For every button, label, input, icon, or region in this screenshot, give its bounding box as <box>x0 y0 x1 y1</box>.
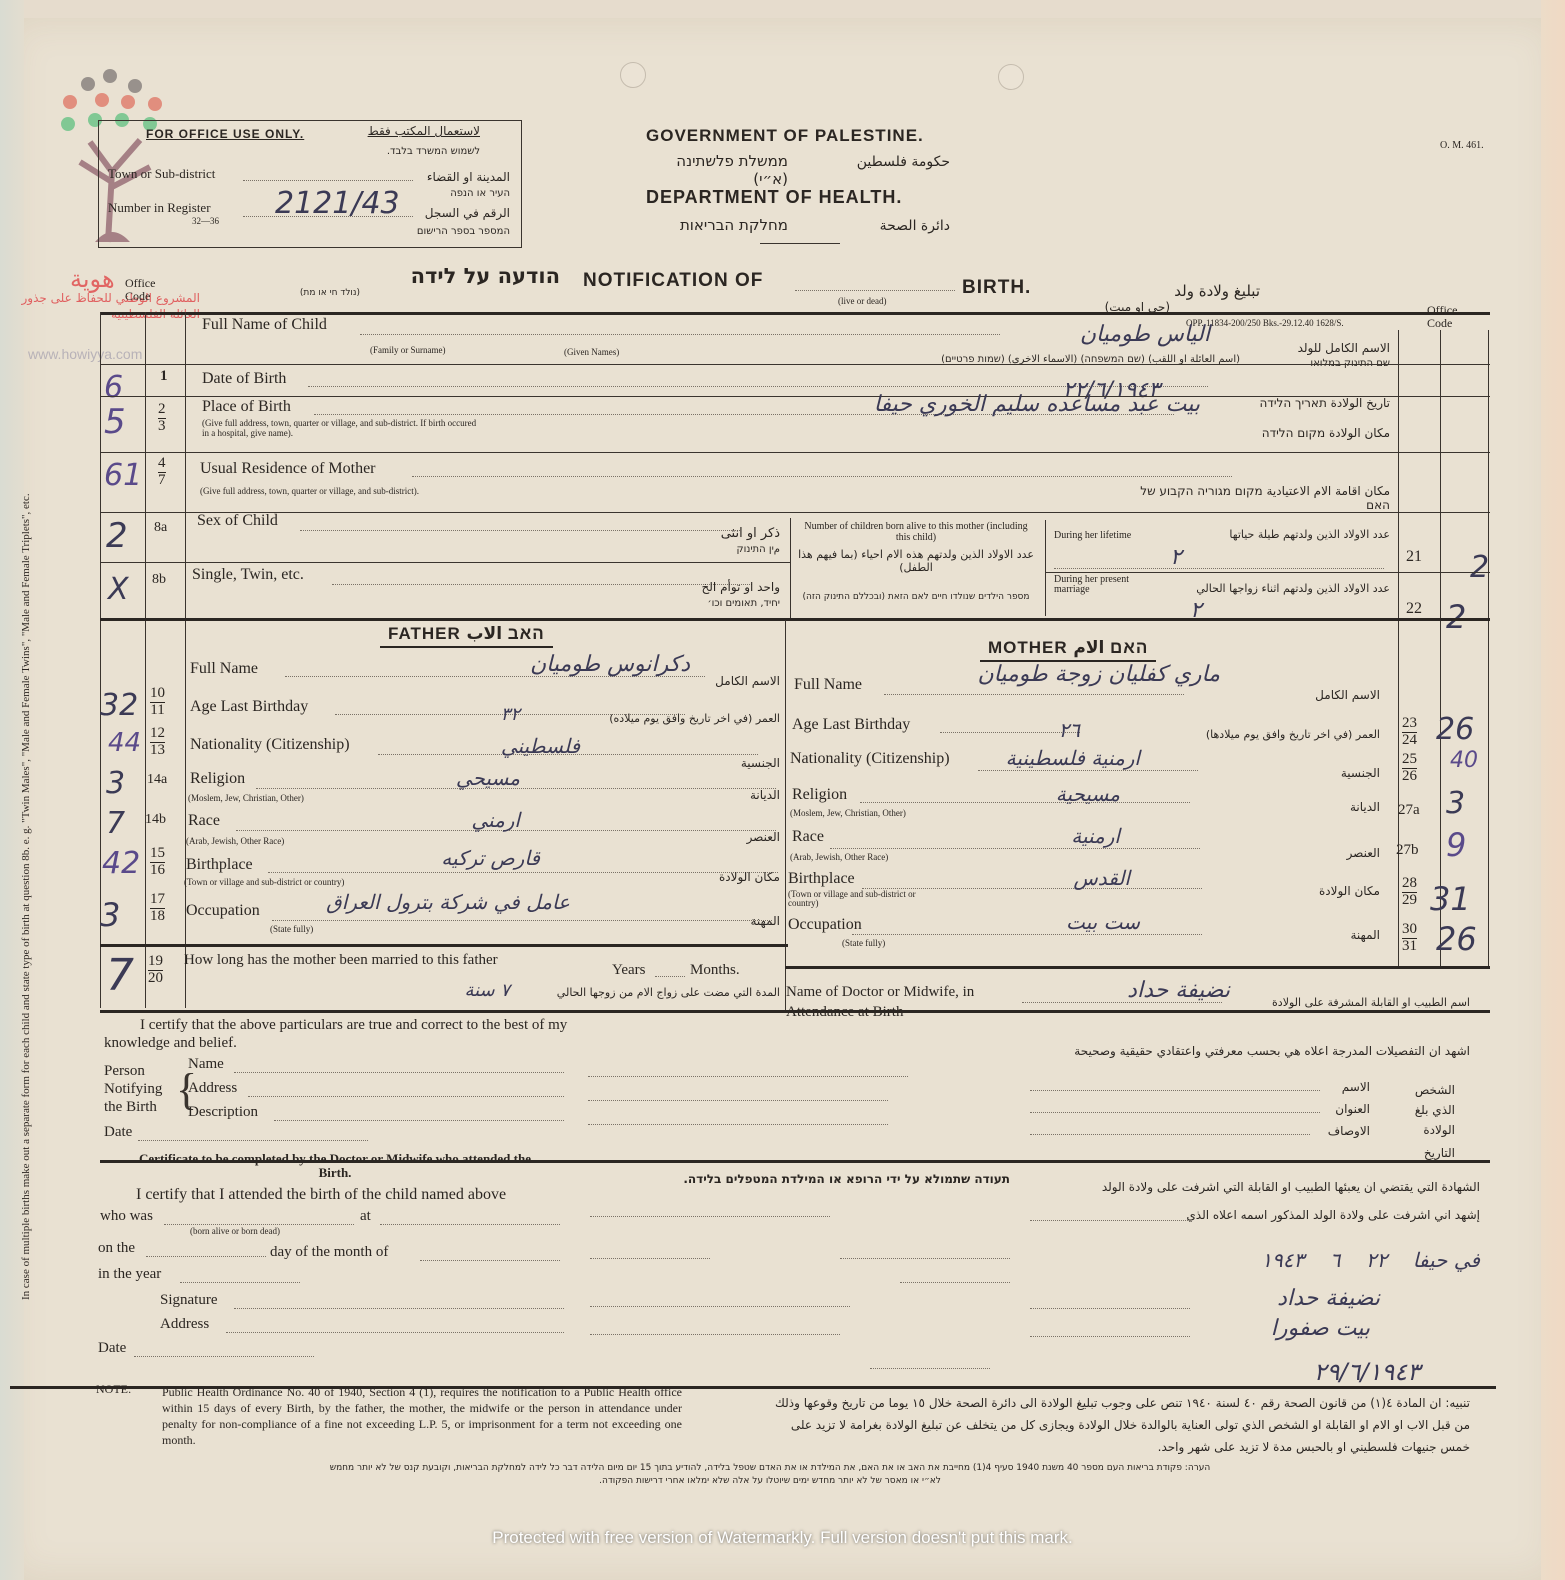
notifier-description-label: Description <box>188 1104 258 1121</box>
signature-field[interactable] <box>234 1308 564 1309</box>
father-heading: FATHER האב الاب <box>380 624 553 648</box>
father-race-office: 7 <box>106 806 125 841</box>
year-field[interactable] <box>180 1282 300 1283</box>
site-watermark: www.howiyya.com <box>28 346 142 362</box>
months-label: Months. <box>690 962 740 979</box>
section-rule <box>100 944 788 947</box>
notifier-name-label-ar: الاسم <box>1320 1080 1370 1094</box>
certificate-address-field[interactable] <box>226 1332 564 1333</box>
svg-text:هوية: هوية <box>70 265 115 293</box>
father-birthplace-sub: (Town or village and sub-district or cou… <box>184 878 354 887</box>
office-code-value: 61 <box>104 458 142 493</box>
grid-vline <box>1398 330 1399 966</box>
child-full-name-label-ar: الاسم الكامل للولد <box>1240 341 1390 355</box>
office-code-value: 2 <box>106 516 128 556</box>
mother-religion-label-ar: الديانة <box>1300 800 1380 814</box>
certificate-date-label: Date <box>98 1340 126 1357</box>
place-of-birth-value: بيت عبد مساعده سليم الخوري حيفا <box>720 392 1200 417</box>
mother-religion-label: Religion <box>792 786 847 804</box>
title-he: הודעה על לידה <box>390 264 560 288</box>
notifier-address-label-ar: العنوان <box>1320 1102 1370 1116</box>
father-nationality-value: فلسطيني <box>420 734 580 758</box>
row-divider <box>100 512 1490 513</box>
mother-occupation-office: 26 <box>1436 920 1477 958</box>
town-field[interactable] <box>243 180 413 181</box>
question-number: 3031 <box>1402 922 1417 955</box>
mother-nationality-label: Nationality (Citizenship) <box>790 750 950 768</box>
father-occupation-field[interactable] <box>272 920 772 921</box>
lifetime-office-value: 2 <box>1470 550 1489 585</box>
mother-nationality-field[interactable] <box>978 770 1198 771</box>
register-sub: 32—36 <box>192 216 219 226</box>
title-he-sub: (נולד חי או מת) <box>260 288 360 298</box>
father-religion-office: 3 <box>106 766 125 801</box>
father-religion-value: مسيحي <box>400 766 520 790</box>
certificate-place-date-value: في حيفا ٢٢ ٦ ١٩٤٣ <box>1040 1248 1480 1272</box>
born-alive-field-ar[interactable] <box>1030 1220 1190 1221</box>
person-notifying-label: Person Notifying the Birth <box>104 1062 174 1116</box>
birth-place-field-he[interactable] <box>590 1216 830 1217</box>
father-nationality-label: Nationality (Citizenship) <box>190 736 350 754</box>
children-born-alive-he: מספר הילדים שנולדו חיים לאם הזאת (ובכללם… <box>796 592 1036 602</box>
father-nationality-office: 44 <box>108 728 141 758</box>
note-text-he: הערה: פקודת בריאות העם מספר 40 משנת 1940… <box>320 1462 1220 1488</box>
mother-full-name-field[interactable] <box>884 694 1184 695</box>
certificate-date-field[interactable] <box>134 1356 314 1357</box>
note-text-ar: تنبيه: ان المادة ٤(١) من قانون الصحة رقم… <box>770 1392 1470 1458</box>
month-field-he[interactable] <box>590 1258 710 1259</box>
father-age-label: Age Last Birthday <box>190 698 308 716</box>
certificate-heading-ar: الشهادة التي يقتضي ان يعبئها الطبيب او ا… <box>1030 1180 1480 1194</box>
office-code-value: 5 <box>104 402 126 442</box>
marriage-duration-label-ar: المدة التي مضت على زواج الام من زوجها ال… <box>540 986 780 999</box>
question-number: 1718 <box>150 892 165 925</box>
grid-vline <box>1045 520 1046 616</box>
government-title-ar: حكومة فلسطين <box>840 154 950 170</box>
year-label: in the year <box>98 1266 161 1283</box>
mother-full-name-value: ماري كفليان زوجة طوميان <box>880 662 1220 687</box>
mother-religion-sub: (Moslem, Jew, Christian, Other) <box>790 808 906 818</box>
question-number: 2829 <box>1402 876 1417 909</box>
day-field-he[interactable] <box>840 1258 1010 1259</box>
mother-nationality-label-ar: الجنسية <box>1300 766 1380 780</box>
certificate-address-value: بيت صفورا <box>1150 1316 1370 1341</box>
at-label: at <box>360 1208 371 1225</box>
certificate-date-value: ٢٩/٦/١٩٤٣ <box>1180 1358 1420 1386</box>
live-or-dead-field[interactable] <box>795 290 955 291</box>
mother-occupation-label: Occupation <box>788 916 862 934</box>
mother-occupation-sub: (State fully) <box>842 938 885 948</box>
child-full-name-value: الياس طوميان <box>950 322 1210 347</box>
office-use-heading-ar: لاستعمال المكتب فقط <box>350 124 480 138</box>
father-religion-label: Religion <box>190 770 245 788</box>
father-nationality-label-ar: الجنسية <box>700 756 780 770</box>
marriage-office-value: 7 <box>106 950 134 1001</box>
question-sub: (Give full address, town, quarter or vil… <box>202 418 482 438</box>
row-divider <box>100 452 1490 453</box>
marriage-duration-label: How long has the mother been married to … <box>184 952 498 969</box>
question-number: 8b <box>152 572 166 588</box>
signature-field-he[interactable] <box>590 1306 850 1307</box>
question-number: 2324 <box>1402 716 1417 749</box>
register-label-he: המספר בספר הרישום <box>380 226 510 237</box>
certificate-address-field-he[interactable] <box>590 1334 840 1335</box>
question-label: Single, Twin, etc. <box>192 566 304 584</box>
certificate-day-value: ٢٢ <box>1366 1248 1387 1272</box>
sex-value: ذكر او انثى <box>640 526 780 541</box>
mother-religion-office: 3 <box>1446 786 1465 821</box>
certificate-certify-text: I certify that I attended the birth of t… <box>136 1186 506 1204</box>
father-age-value: ٣٢ <box>420 704 520 725</box>
office-use-heading: FOR OFFICE USE ONLY. <box>146 127 304 141</box>
father-birthplace-value: قارص تركيه <box>380 846 540 870</box>
question-number: 27a <box>1398 802 1420 819</box>
child-full-name-label: Full Name of Child <box>202 316 327 334</box>
notifier-certify-text-ar: اشهد ان التفصيلات المدرجة اعلاه هي بحسب … <box>1000 1044 1470 1058</box>
question-label-he: יחיד, תאומים וכו׳ <box>660 598 780 609</box>
day-of-month-label: day of the month of <box>270 1244 388 1261</box>
given-names-sub: (Given Names) <box>564 347 619 357</box>
mother-race-label: Race <box>792 828 824 846</box>
born-alive-field[interactable] <box>164 1224 354 1225</box>
question-number: 14a <box>147 772 167 788</box>
marriage-children-office-value: 2 <box>1446 598 1466 636</box>
years-label: Years <box>612 962 645 979</box>
father-occupation-label: Occupation <box>186 902 260 920</box>
mother-race-value: ارمنية <box>1000 824 1120 848</box>
doctor-name-value: نضيفة حداد <box>1030 978 1230 1003</box>
father-birthplace-label: Birthplace <box>186 856 253 874</box>
mother-age-office: 26 <box>1436 712 1474 747</box>
mother-race-label-ar: العنصر <box>1300 846 1380 860</box>
notifier-name-field-he[interactable] <box>588 1076 908 1077</box>
birth-place-field[interactable] <box>380 1224 560 1225</box>
row-divider <box>100 562 790 563</box>
certificate-date-field-he[interactable] <box>870 1368 990 1369</box>
notifier-description-label-ar: الاوصاف <box>1310 1124 1370 1138</box>
question-label: Usual Residence of Mother <box>200 460 376 478</box>
notifier-description-field-ar[interactable] <box>1030 1134 1310 1135</box>
town-label-he: העיר או הנפה <box>400 188 510 199</box>
doctor-name-label-ar: اسم الطبيب او القابلة المشرفة على الولاد… <box>1230 996 1470 1009</box>
department-title: DEPARTMENT OF HEALTH. <box>646 187 902 208</box>
question-label: Sex of Child <box>197 512 278 530</box>
grid-vline <box>790 518 791 618</box>
father-race-label: Race <box>188 812 220 830</box>
single-twin-value: واحد او توأم الخ <box>640 580 780 594</box>
mother-birthplace-value: القدس <box>1010 866 1130 890</box>
mother-religion-value: مسيحية <box>1000 782 1120 806</box>
town-label: Town or Sub-district <box>108 166 215 182</box>
notifier-certify-text: I certify that the above particulars are… <box>104 1016 574 1052</box>
question-number: 8a <box>154 520 167 536</box>
title-birth: BIRTH. <box>962 277 1031 299</box>
father-race-sub: (Arab, Jewish, Other Race) <box>186 836 284 846</box>
mother-birthplace-office: 31 <box>1430 880 1471 918</box>
punch-hole <box>620 62 646 88</box>
father-age-office: 32 <box>100 688 138 723</box>
years-field[interactable] <box>655 976 685 977</box>
marriage-children-label-ar: عدد الاولاد الذين ولدتهم اثناء زواجها ال… <box>1140 582 1390 595</box>
marriage-duration-value: ٧ سنة <box>420 980 510 1001</box>
marriage-children-code: 22 <box>1406 600 1422 618</box>
notifier-description-field-he[interactable] <box>588 1124 888 1125</box>
section-rule <box>100 1010 1490 1013</box>
signature-value: نضيفة حداد <box>1180 1286 1380 1311</box>
notifier-address-field-he[interactable] <box>588 1100 888 1101</box>
father-age-label-ar: العمر (في اخر تاريخ وافق يوم ميلاده) <box>520 712 780 725</box>
father-religion-sub: (Moslem, Jew, Christian, Other) <box>188 793 304 803</box>
lifetime-label-ar: عدد الاولاد الذين ولدتهم طيلة حياتها <box>1180 528 1390 541</box>
question-label-ar: تاريخ الولادة תאריך הלידה <box>1190 396 1390 410</box>
month-field[interactable] <box>420 1260 560 1261</box>
child-full-name-field[interactable] <box>360 334 1000 335</box>
year-field-he[interactable] <box>900 1282 1010 1283</box>
office-code-label-left: Office Code <box>125 277 165 303</box>
section-rule <box>100 618 1490 621</box>
mother-occupation-value: ست بيت <box>1000 910 1140 934</box>
department-title-ar: دائرة الصحة <box>840 218 950 234</box>
question-number: 2526 <box>1402 752 1417 785</box>
who-was-label: who was <box>100 1208 153 1225</box>
register-label: Number in Register <box>108 200 211 216</box>
father-occupation-office: 3 <box>100 896 120 934</box>
father-birthplace-office: 42 <box>102 846 140 881</box>
watermarkly-footer: Protected with free version of Watermark… <box>0 1528 1565 1548</box>
mother-age-label-ar: العمر (في اخر تاريخ وافق يوم ميلادها) <box>1100 728 1380 741</box>
mother-race-office: 9 <box>1446 826 1466 864</box>
notifier-name-field[interactable] <box>234 1072 564 1073</box>
notifier-name-field-ar[interactable] <box>1030 1090 1320 1091</box>
residence-field[interactable] <box>412 476 1232 477</box>
born-alive-sub: (born alive or born dead) <box>190 1226 280 1236</box>
notifier-address-field-ar[interactable] <box>1030 1112 1320 1113</box>
certificate-address-label: Address <box>160 1316 209 1333</box>
scan-right-edge <box>1541 0 1565 1580</box>
father-race-value: ارمني <box>400 808 520 832</box>
mother-birthplace-label: Birthplace <box>788 870 855 888</box>
question-label: Date of Birth <box>202 370 286 388</box>
title-ar: تبليغ ولادة ولد <box>1120 282 1260 300</box>
grid-vline <box>1488 330 1489 966</box>
father-religion-label-ar: الديانة <box>700 788 780 802</box>
parents-divider <box>785 620 786 1010</box>
header-rule <box>760 243 840 244</box>
live-or-dead-sub: (live or dead) <box>838 296 886 306</box>
father-occupation-value: عامل في شركة بترول العراق <box>270 890 570 914</box>
mother-full-name-label-ar: الاسم الكامل <box>1290 688 1380 702</box>
question-number: 1516 <box>150 846 165 879</box>
notifier-date-label: Date <box>104 1124 132 1141</box>
office-use-heading-he: לשמוש המשרד בלבד. <box>350 146 480 157</box>
signature-label: Signature <box>160 1292 218 1309</box>
certificate-month-value: ٦ <box>1330 1248 1341 1272</box>
family-name-sub: (Family or Surname) <box>370 345 446 355</box>
title-notification: NOTIFICATION OF <box>583 270 763 292</box>
notifier-description-field[interactable] <box>274 1120 564 1121</box>
notifier-address-field[interactable] <box>248 1096 564 1097</box>
grid-top-rule <box>100 312 1490 315</box>
certificate-heading-he: תעודה שתמולא על ידי הרופא או המילדת המטפ… <box>610 1172 1010 1186</box>
certificate-heading: Certificate to be completed by the Docto… <box>130 1152 540 1180</box>
town-label-ar: المدينة او القضاء <box>400 170 510 184</box>
father-occupation-label-ar: المهنة <box>700 914 780 928</box>
mother-race-field[interactable] <box>830 848 1200 849</box>
children-born-alive-ar: عدد الاولاد الذين ولدتهم هذه الام احياء … <box>796 548 1036 574</box>
note-text-en: Public Health Ordinance No. 40 of 1940, … <box>162 1384 682 1448</box>
mother-race-sub: (Arab, Jewish, Other Race) <box>790 852 888 862</box>
marriage-children-label: During her present marriage <box>1054 575 1144 595</box>
father-full-name-value: دكرانوس طوميان <box>330 652 690 677</box>
question-number: 27b <box>1396 842 1419 859</box>
mother-occupation-field[interactable] <box>852 934 1202 935</box>
mother-age-label: Age Last Birthday <box>792 716 910 734</box>
question-number: 47 <box>158 456 166 489</box>
children-born-alive-label: Number of children born alive to this mo… <box>796 521 1036 543</box>
row-divider <box>1045 572 1490 573</box>
question-label-ar: مكان اقامة الام الاعتيادية מקום מגוריה ה… <box>1130 484 1390 512</box>
register-label-ar: الرقم في السجل <box>400 206 510 220</box>
certificate-place-value: في حيفا <box>1413 1248 1480 1272</box>
notifier-date-field[interactable] <box>138 1140 368 1141</box>
father-full-name-label-ar: الاسم الكامل <box>700 674 780 688</box>
government-title-he: ממשלת פלשתינה (א״י) <box>648 152 788 188</box>
question-number: 1 <box>160 368 168 385</box>
grid-vline <box>145 312 146 1008</box>
form-number: O. M. 461. <box>1440 140 1484 151</box>
office-code-label-right: Office Code <box>1427 304 1467 330</box>
notifier-address-label: Address <box>188 1080 237 1097</box>
question-number: 1011 <box>150 686 165 719</box>
question-label-ar: مكان الولادة מקום הלידה <box>1190 426 1390 440</box>
signature-field-ar[interactable] <box>1030 1308 1190 1309</box>
row-divider <box>100 364 1490 365</box>
mother-occupation-label-ar: المهنة <box>1300 928 1380 942</box>
question-sub: (Give full address, town, quarter or vil… <box>200 486 419 496</box>
certificate-year-value: ١٩٤٣ <box>1261 1248 1304 1272</box>
note-label: NOTE: <box>96 1382 131 1397</box>
office-code-value: 6 <box>104 370 123 405</box>
punch-hole <box>998 64 1024 90</box>
lifetime-code: 21 <box>1406 548 1422 566</box>
father-occupation-sub: (State fully) <box>270 924 313 934</box>
lifetime-value: ٢ <box>1170 545 1182 570</box>
mother-nationality-office: 40 <box>1450 748 1478 773</box>
register-number-value: 2121/43 <box>275 186 400 221</box>
mother-birthplace-sub: (Town or village and sub-district or cou… <box>788 890 938 908</box>
father-birthplace-label-ar: مكان الولادة <box>680 870 780 884</box>
mother-heading: MOTHER האם الام <box>980 638 1156 662</box>
question-number: 1213 <box>150 726 165 759</box>
side-note-multiple-births: In case of multiple births make out a se… <box>20 120 32 1300</box>
section-rule <box>785 966 1490 969</box>
office-code-value: X <box>108 572 129 607</box>
question-number: 23 <box>158 402 166 435</box>
question-number: 1920 <box>148 954 163 987</box>
day-field[interactable] <box>146 1256 266 1257</box>
mother-birthplace-label-ar: مكان الولادة <box>1280 884 1380 898</box>
notifier-date-label-ar: التاريخ <box>1400 1146 1455 1160</box>
department-title-he: מחלקת הבריאות <box>648 216 788 234</box>
grid-vline <box>1440 330 1441 966</box>
notifier-group-label-ar: الشخص الذي بلغ الولادة <box>1400 1080 1455 1140</box>
doctor-name-label: Name of Doctor or Midwife, in Attendance… <box>786 982 1026 1022</box>
on-the-label: on the <box>98 1240 135 1257</box>
government-title: GOVERNMENT OF PALESTINE. <box>646 126 924 146</box>
mother-age-value: ٢٦ <box>1000 718 1080 742</box>
lifetime-field[interactable] <box>1054 568 1384 569</box>
notifier-name-label: Name <box>188 1056 224 1073</box>
father-race-label-ar: العنصر <box>700 830 780 844</box>
question-label-he: مין התינוק <box>680 544 780 555</box>
lifetime-label: During her lifetime <box>1054 530 1131 541</box>
mother-full-name-label: Full Name <box>794 676 862 694</box>
question-label: Place of Birth <box>202 398 291 416</box>
question-number: 14b <box>145 812 166 828</box>
mother-nationality-value: ارمنية فلسطينية <box>960 746 1140 770</box>
father-full-name-label: Full Name <box>190 660 258 678</box>
project-watermark: المشروع الوطني للحفاظ على جذور العائلة ا… <box>20 290 200 322</box>
